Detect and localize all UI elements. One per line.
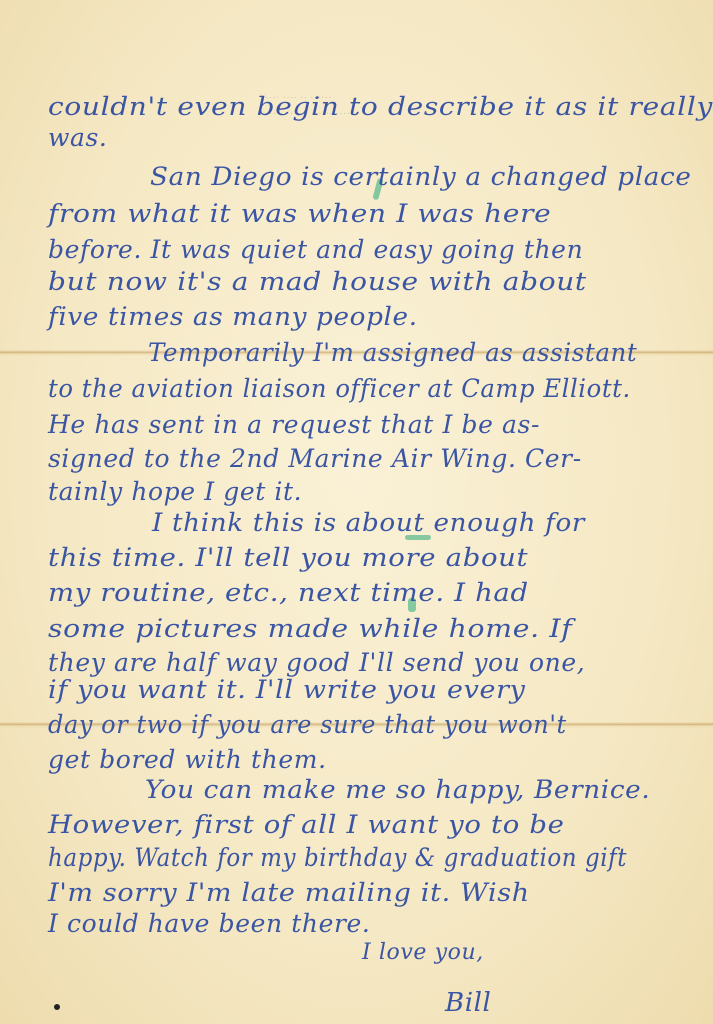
letter-line: San Diego is certainly a changed place: [150, 162, 692, 191]
letter-line: He has sent in a request that I be as-: [48, 410, 540, 439]
letter-line: You can make me so happy, Bernice.: [145, 775, 650, 804]
letter-line: Temporarily I'm assigned as assistant: [148, 338, 637, 367]
letter-line: was.: [48, 123, 107, 152]
letter-line: I'm sorry I'm late mailing it. Wish: [48, 878, 530, 907]
letter-line: five times as many people.: [48, 302, 418, 331]
letter-line: signed to the 2nd Marine Air Wing. Cer-: [48, 444, 582, 473]
letter-line: However, first of all I want yo to be: [48, 810, 565, 839]
ink-dot: [54, 1004, 60, 1010]
letter-page: ···· ···· ·· ······ ······ ····· ······ …: [0, 0, 713, 1024]
letter-line: but now it's a mad house with about: [48, 267, 587, 296]
letter-line: to the aviation liaison officer at Camp …: [48, 374, 631, 403]
signature: Bill: [445, 988, 491, 1018]
letter-line: from what it was when I was here: [48, 199, 551, 228]
letter-line: if you want it. I'll write you every: [48, 675, 526, 704]
letter-line: I think this is about enough for: [152, 508, 585, 537]
letter-line: before. It was quiet and easy going then: [48, 235, 583, 264]
letter-line: I could have been there.: [48, 909, 370, 938]
letter-line: get bored with them.: [48, 745, 327, 774]
letter-line: they are half way good I'll send you one…: [48, 648, 585, 677]
letter-line: tainly hope I get it.: [48, 477, 302, 506]
letter-line: this time. I'll tell you more about: [48, 543, 528, 572]
letter-line: couldn't even begin to describe it as it…: [48, 92, 713, 121]
closing: I love you,: [362, 940, 484, 965]
letter-line: some pictures made while home. If: [48, 614, 572, 643]
letter-line: happy. Watch for my birthday & graduatio…: [48, 843, 627, 872]
letter-line: day or two if you are sure that you won'…: [48, 710, 567, 739]
letter-line: my routine, etc., next time. I had: [48, 578, 529, 607]
